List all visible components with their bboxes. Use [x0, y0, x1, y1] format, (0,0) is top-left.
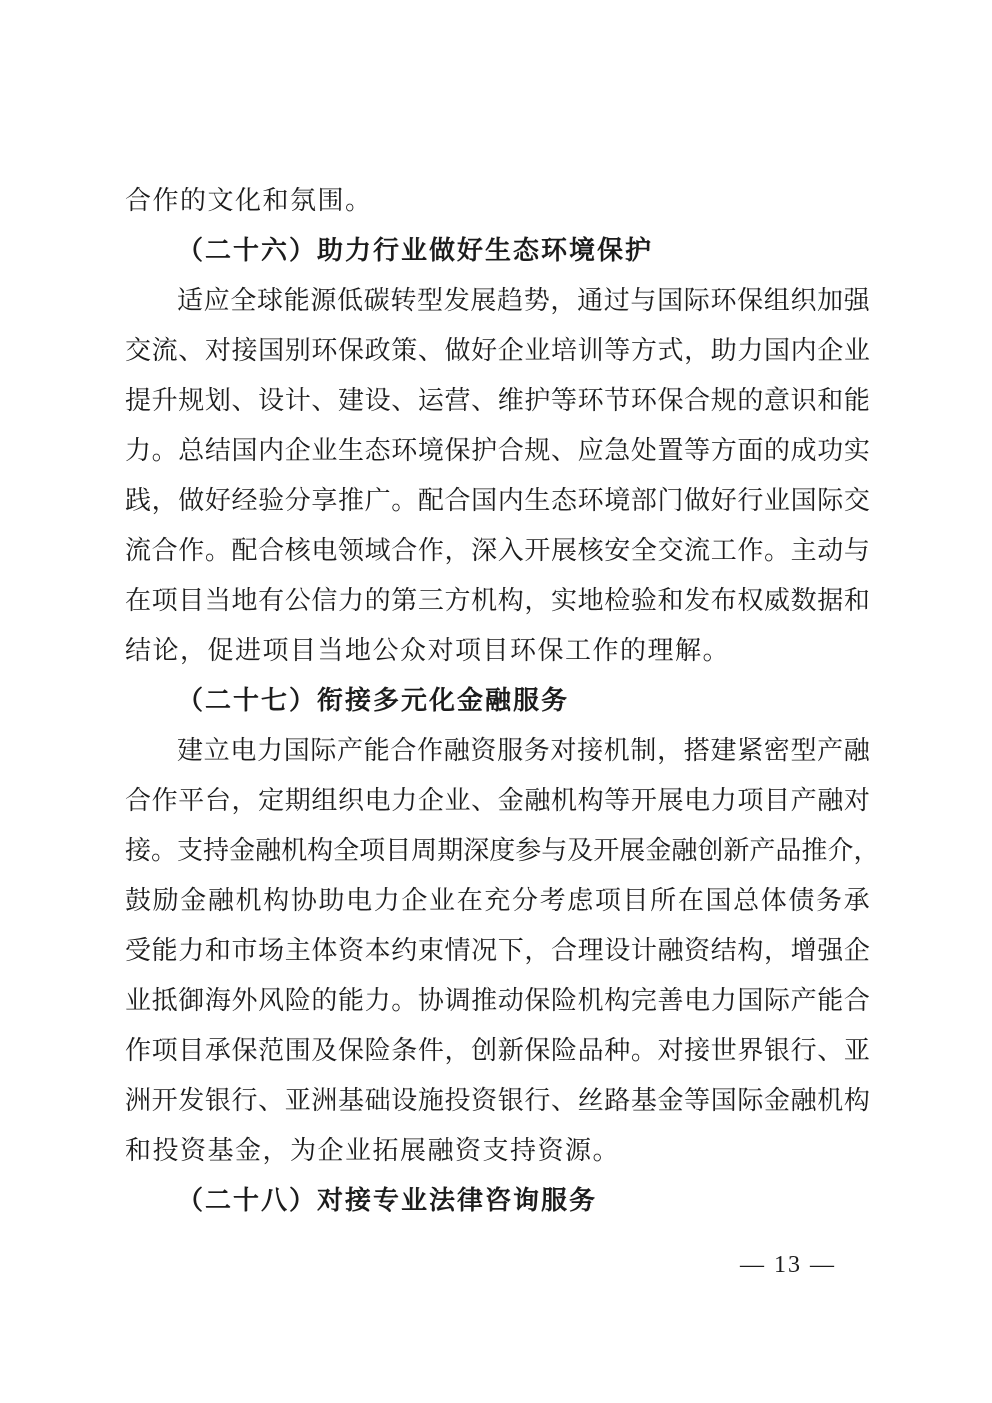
text-line: 合作的文化和氛围。	[125, 176, 870, 226]
text-line: 提升规划、设计、建设、运营、维护等环节环保合规的意识和能	[125, 376, 870, 426]
section-heading: （二十七）衔接多元化金融服务	[125, 676, 870, 726]
text-line: 受能力和市场主体资本约束情况下，合理设计融资结构，增强企	[125, 926, 870, 976]
page-number: — 13 —	[740, 1240, 836, 1290]
text-line: 在项目当地有公信力的第三方机构，实地检验和发布权威数据和	[125, 576, 870, 626]
text-line: 建立电力国际产能合作融资服务对接机制，搭建紧密型产融	[125, 726, 870, 776]
text-line: 适应全球能源低碳转型发展趋势，通过与国际环保组织加强	[125, 276, 870, 326]
text-line: 流合作。配合核电领域合作，深入开展核安全交流工作。主动与	[125, 526, 870, 576]
text-line: 鼓励金融机构协助电力企业在充分考虑项目所在国总体债务承	[125, 876, 870, 926]
text-line: 结论，促进项目当地公众对项目环保工作的理解。	[125, 626, 870, 676]
text-line: 洲开发银行、亚洲基础设施投资银行、丝路基金等国际金融机构	[125, 1076, 870, 1126]
section-heading: （二十六）助力行业做好生态环境保护	[125, 226, 870, 276]
text-line: 合作平台，定期组织电力企业、金融机构等开展电力项目产融对	[125, 776, 870, 826]
text-line: 践，做好经验分享推广。配合国内生态环境部门做好行业国际交	[125, 476, 870, 526]
text-line: 作项目承保范围及保险条件，创新保险品种。对接世界银行、亚	[125, 1026, 870, 1076]
document-body: 合作的文化和氛围。（二十六）助力行业做好生态环境保护适应全球能源低碳转型发展趋势…	[125, 176, 870, 1226]
text-line: 业抵御海外风险的能力。协调推动保险机构完善电力国际产能合	[125, 976, 870, 1026]
text-line: 接。支持金融机构全项目周期深度参与及开展金融创新产品推介，	[125, 826, 870, 876]
section-heading: （二十八）对接专业法律咨询服务	[125, 1176, 870, 1226]
text-line: 力。总结国内企业生态环境保护合规、应急处置等方面的成功实	[125, 426, 870, 476]
text-line: 和投资基金，为企业拓展融资支持资源。	[125, 1126, 870, 1176]
text-line: 交流、对接国别环保政策、做好企业培训等方式，助力国内企业	[125, 326, 870, 376]
document-page: 合作的文化和氛围。（二十六）助力行业做好生态环境保护适应全球能源低碳转型发展趋势…	[0, 0, 992, 1403]
